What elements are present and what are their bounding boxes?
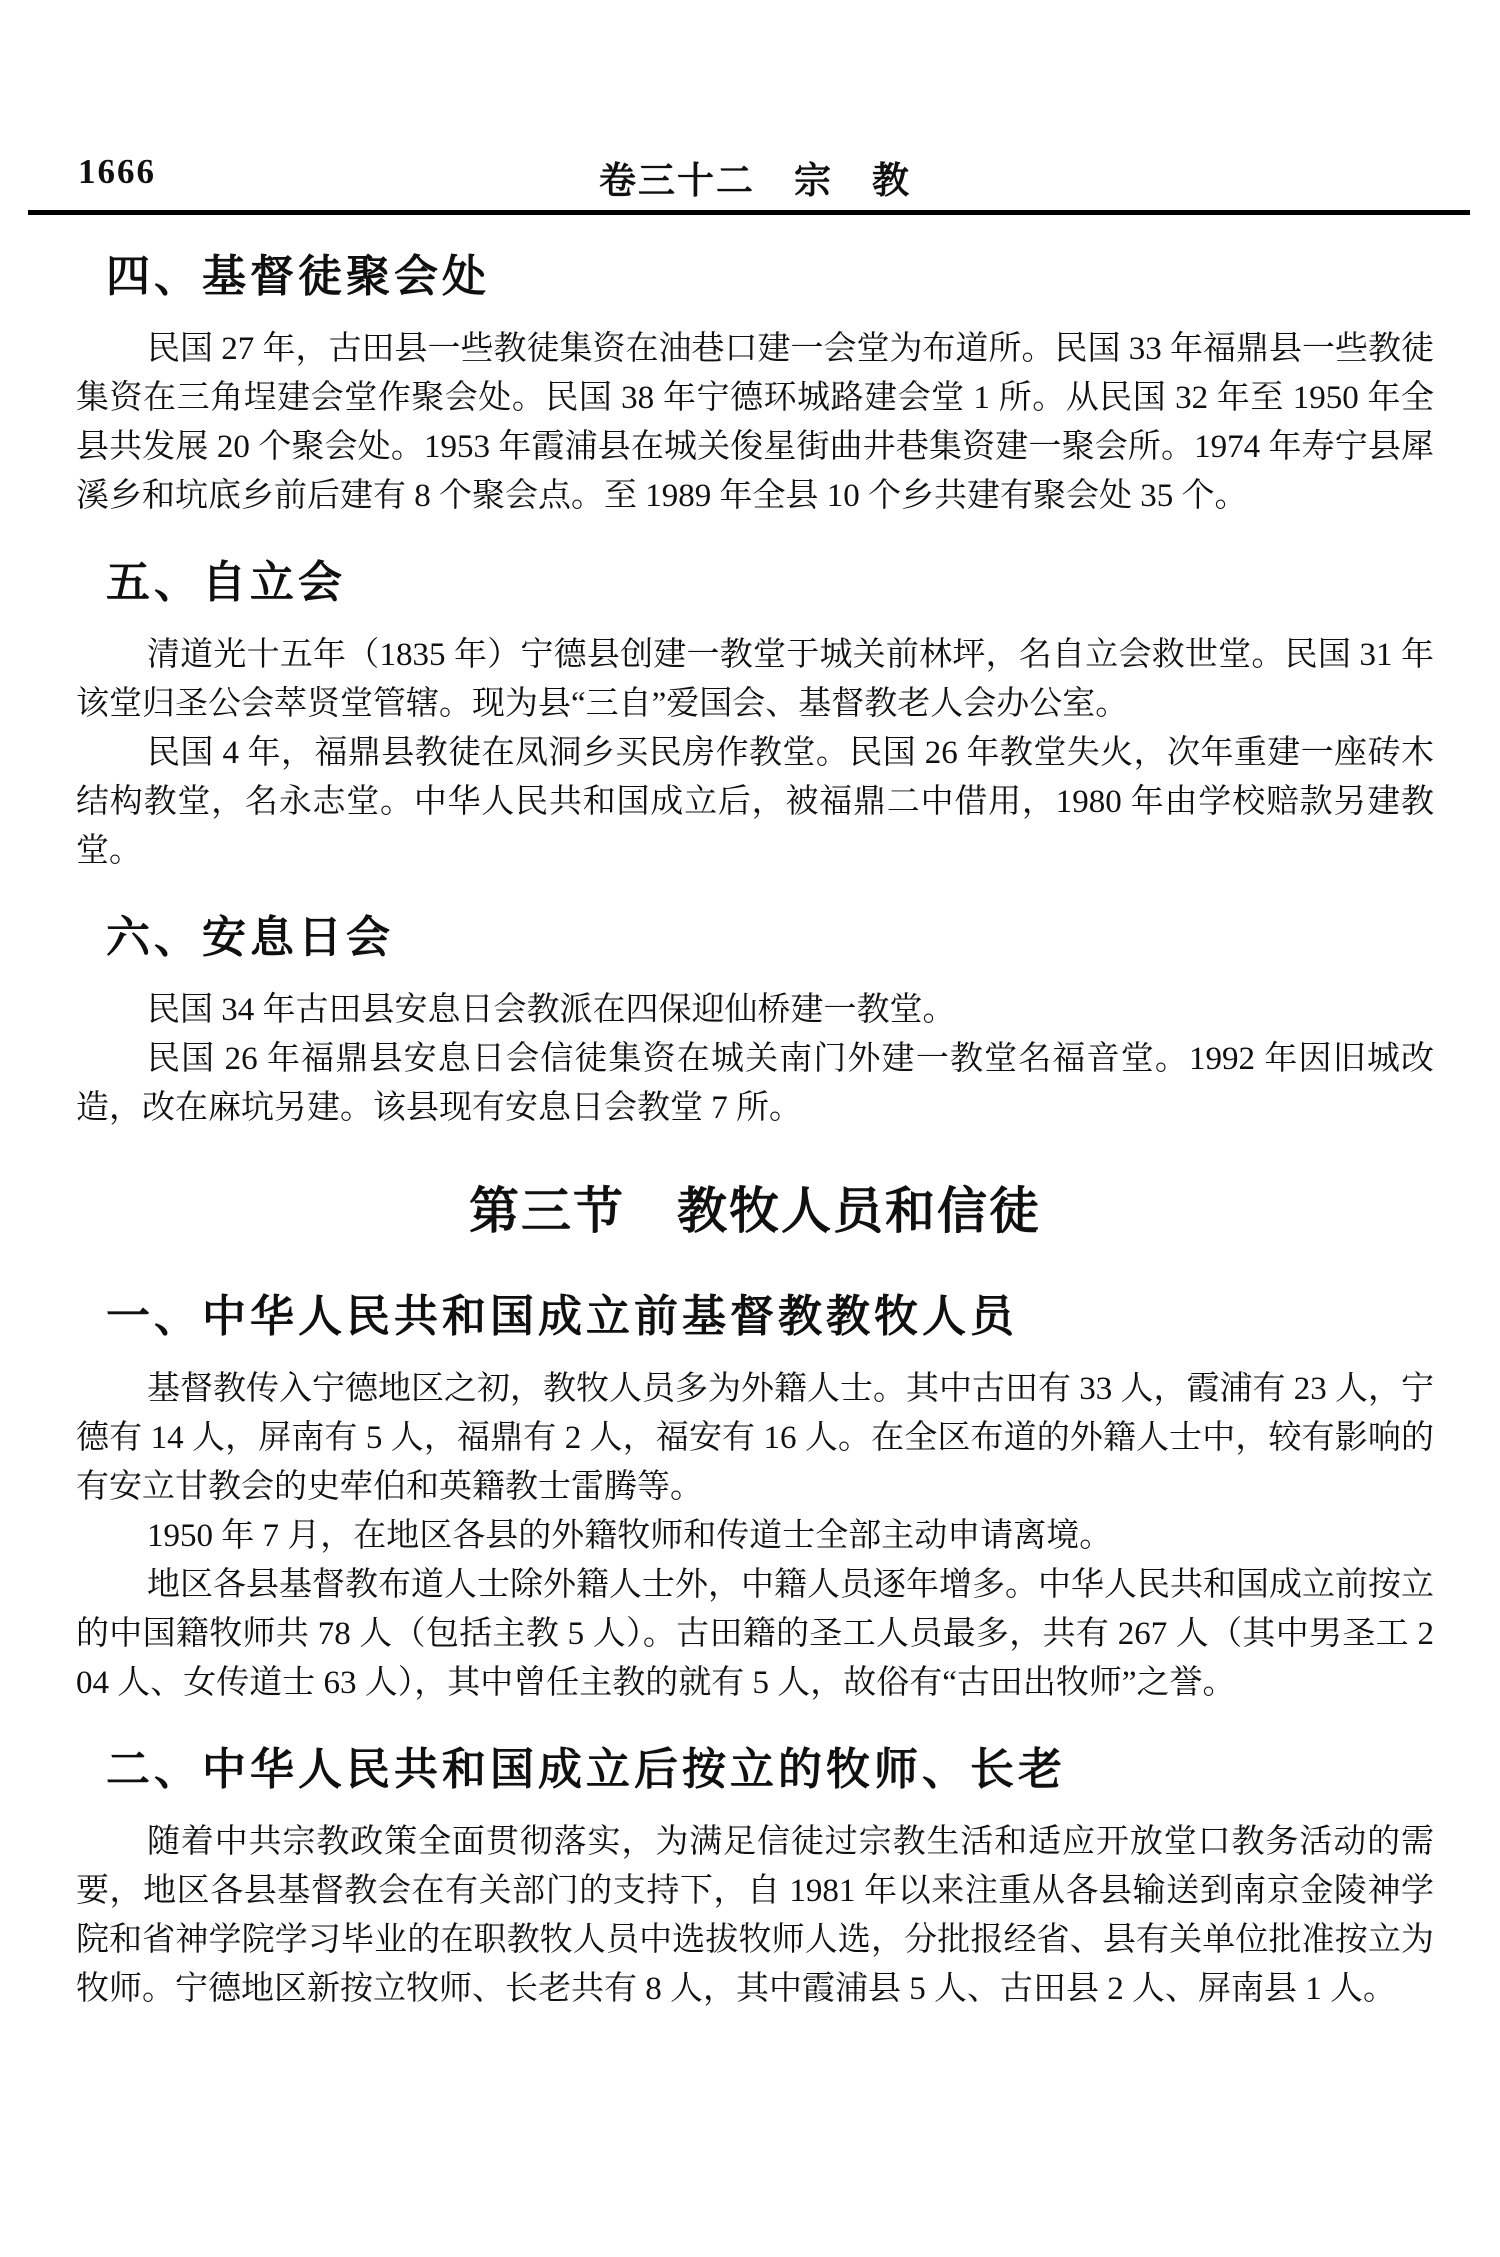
paragraph: 民国 34 年古田县安息日会教派在四保迎仙桥建一教堂。 — [76, 986, 1434, 1035]
page-header: 1666 卷三十二 宗 教 — [76, 150, 1434, 200]
paragraph: 民国 27 年，古田县一些教徒集资在油巷口建一会堂为布道所。民国 33 年福鼎县… — [76, 325, 1434, 521]
volume-title: 卷三十二 宗 教 — [76, 150, 1434, 204]
paragraph: 民国 4 年，福鼎县教徒在凤洞乡买民房作教堂。民国 26 年教堂失火，次年重建一… — [76, 729, 1434, 876]
section-heading-adventist: 六、安息日会 — [106, 912, 1434, 964]
section-heading-clergy-before-prc: 一、中华人民共和国成立前基督教教牧人员 — [106, 1291, 1434, 1343]
section-heading-independent-church: 五、自立会 — [106, 557, 1434, 609]
book-page: 1666 卷三十二 宗 教 四、基督徒聚会处 民国 27 年，古田县一些教徒集资… — [0, 0, 1500, 2257]
paragraph: 基督教传入宁德地区之初，教牧人员多为外籍人士。其中古田有 33 人，霞浦有 23… — [76, 1365, 1434, 1512]
page-number: 1666 — [78, 152, 156, 192]
header-rule — [28, 210, 1470, 215]
paragraph: 清道光十五年（1835 年）宁德县创建一教堂于城关前林坪，名自立会救世堂。民国 … — [76, 631, 1434, 729]
paragraph: 民国 26 年福鼎县安息日会信徒集资在城关南门外建一教堂名福音堂。1992 年因… — [76, 1035, 1434, 1133]
paragraph: 随着中共宗教政策全面贯彻落实，为满足信徒过宗教生活和适应开放堂口教务活动的需要，… — [76, 1818, 1434, 2014]
paragraph: 1950 年 7 月，在地区各县的外籍牧师和传道士全部主动申请离境。 — [76, 1512, 1434, 1561]
section-heading-meeting-places: 四、基督徒聚会处 — [106, 251, 1434, 303]
paragraph: 地区各县基督教布道人士除外籍人士外，中籍人员逐年增多。中华人民共和国成立前按立的… — [76, 1561, 1434, 1708]
page-body: 四、基督徒聚会处 民国 27 年，古田县一些教徒集资在油巷口建一会堂为布道所。民… — [76, 251, 1434, 2014]
chapter-title: 第三节 教牧人员和信徒 — [76, 1181, 1434, 1241]
section-heading-clergy-after-prc: 二、中华人民共和国成立后按立的牧师、长老 — [106, 1744, 1434, 1796]
